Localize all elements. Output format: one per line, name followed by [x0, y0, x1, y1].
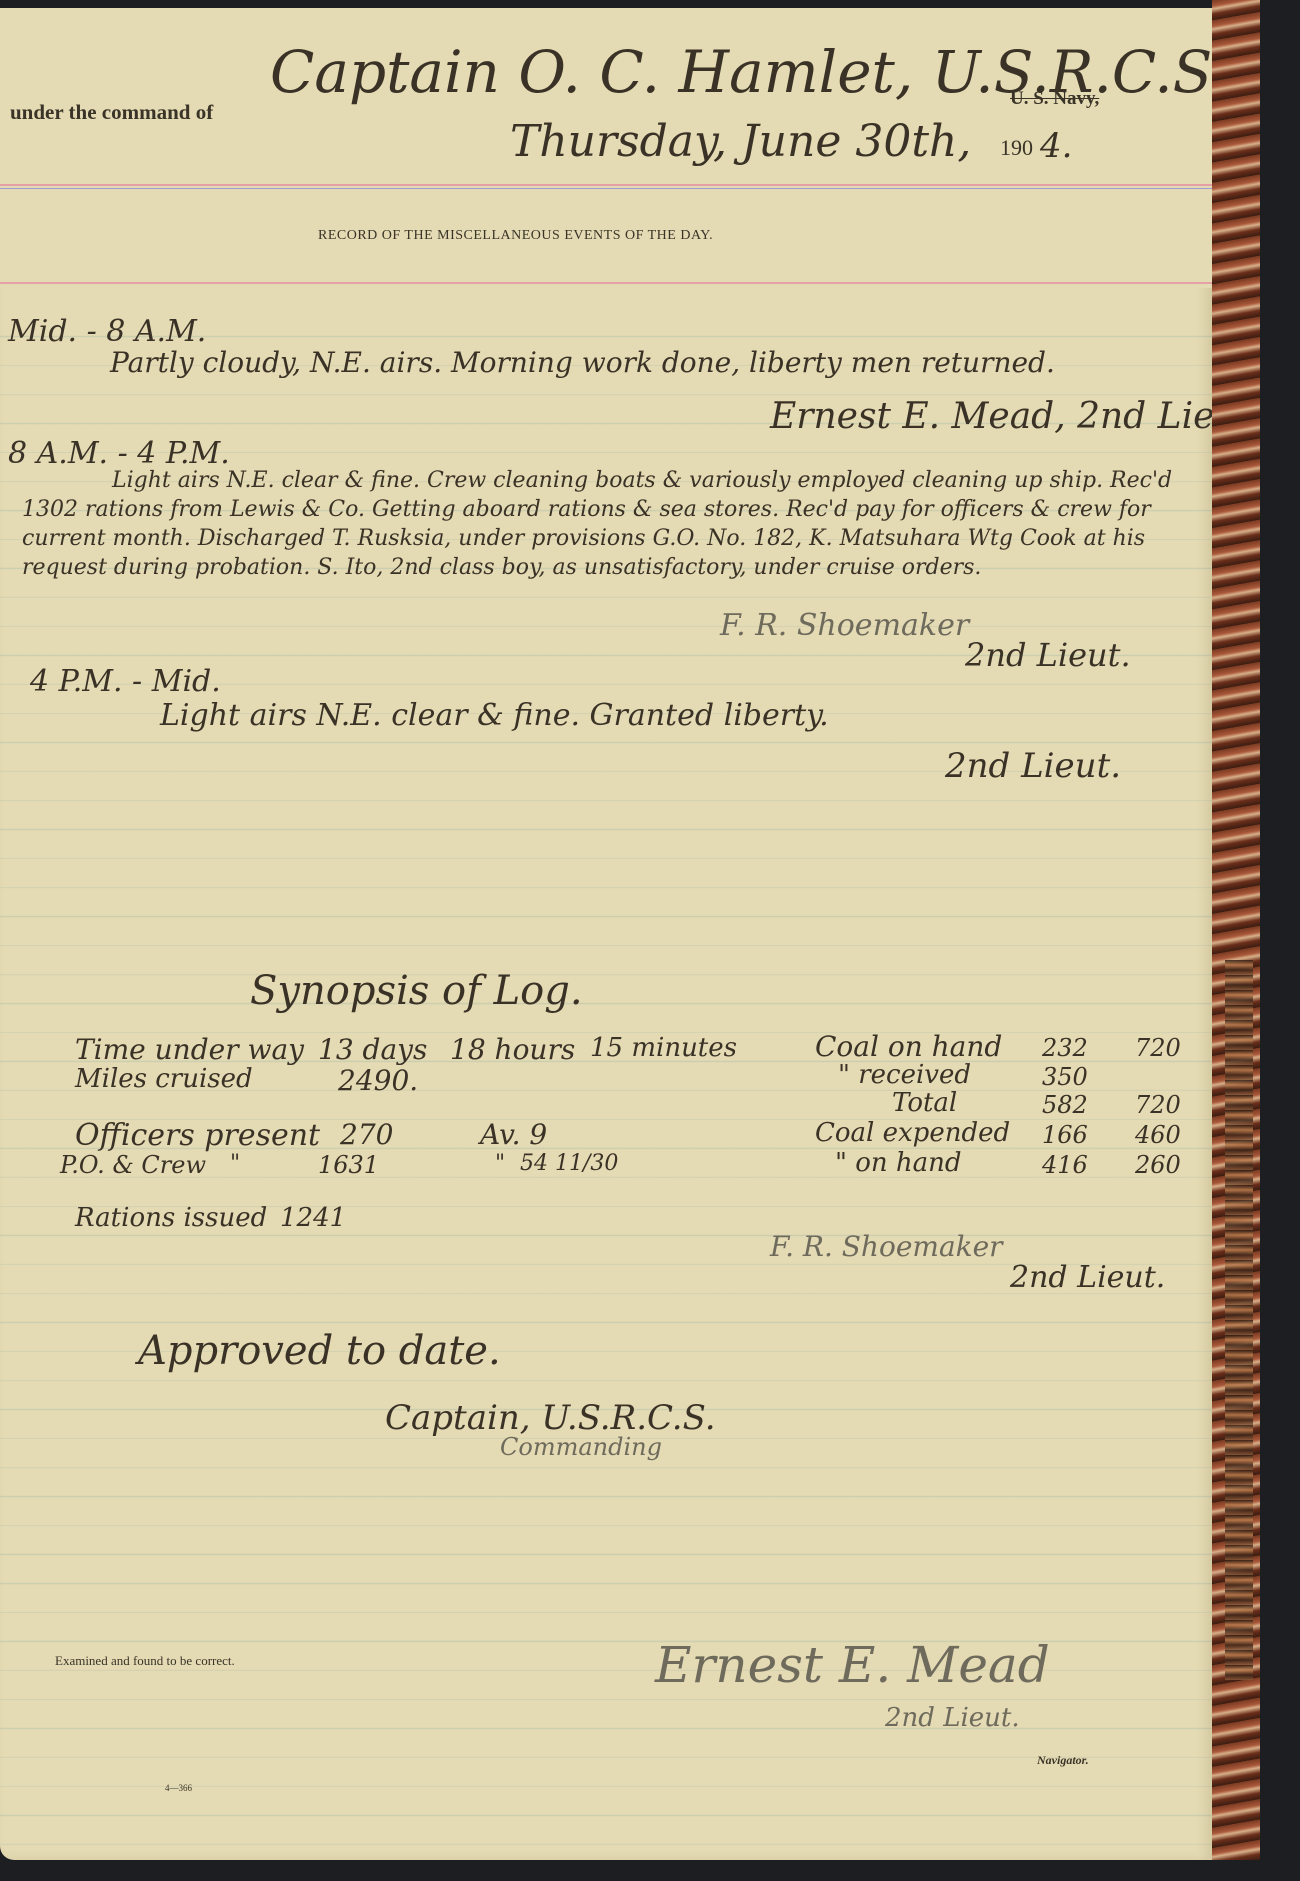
navigator-label: Navigator.	[1037, 1753, 1089, 1768]
coal-label-remaining: " on hand	[835, 1148, 962, 1178]
synopsis-label-officers: Officers present	[75, 1118, 320, 1153]
command-prefix: under the command of	[10, 100, 213, 125]
synopsis-crew-avg-ditto: "	[495, 1151, 505, 1176]
coal-label-received: " received	[838, 1060, 971, 1090]
watch-text-3: Light airs N.E. clear & fine. Granted li…	[160, 698, 829, 733]
synopsis-officers-value: 270	[340, 1118, 393, 1151]
coal-tons-received: 350	[1042, 1063, 1088, 1091]
coal-lbs-total: 720	[1135, 1091, 1181, 1119]
watch-signature-2: F. R. Shoemaker	[720, 608, 969, 643]
watch-signature-1: Ernest E. Mead, 2nd Lieut.	[770, 396, 1264, 437]
synopsis-signature: F. R. Shoemaker	[770, 1230, 1003, 1263]
synopsis-time-days: 13 days	[318, 1033, 427, 1066]
synopsis-label-time: Time under way	[75, 1033, 304, 1066]
header-rule-blue	[0, 188, 1212, 189]
binding-marbled-edge	[1225, 960, 1253, 1680]
synopsis-title: Synopsis of Log.	[250, 968, 583, 1014]
synopsis-time-hours: 18 hours	[450, 1033, 575, 1066]
coal-tons-on-hand: 232	[1042, 1034, 1088, 1062]
navigator-signature: Ernest E. Mead	[655, 1636, 1050, 1694]
coal-lbs-expended: 460	[1135, 1121, 1181, 1149]
coal-label-on-hand: Coal on hand	[815, 1030, 1002, 1063]
synopsis-rations-value: 1241	[280, 1203, 346, 1233]
examined-text: Examined and found to be correct.	[55, 1653, 235, 1669]
synopsis-label-miles: Miles cruised	[75, 1064, 253, 1094]
coal-lbs-remaining: 260	[1135, 1151, 1181, 1179]
year-handwritten: 4.	[1040, 126, 1072, 166]
section-rule	[0, 282, 1212, 284]
synopsis-time-minutes: 15 minutes	[590, 1033, 737, 1063]
watch-signature-title-3: 2nd Lieut.	[945, 746, 1121, 786]
coal-tons-remaining: 416	[1042, 1151, 1088, 1179]
watch-period-1: Mid. - 8 A.M.	[8, 314, 206, 349]
coal-tons-expended: 166	[1042, 1121, 1088, 1149]
watch-text-2: Light airs N.E. clear & fine. Crew clean…	[22, 466, 1197, 582]
approval-signature-sub: Commanding	[500, 1433, 662, 1461]
watch-signature-title-2: 2nd Lieut.	[965, 636, 1131, 674]
synopsis-miles-value: 2490.	[338, 1064, 418, 1097]
logbook-page: under the command of Captain O. C. Hamle…	[0, 8, 1212, 1860]
synopsis-label-rations: Rations issued	[75, 1203, 267, 1233]
watch-text-1: Partly cloudy, N.E. airs. Morning work d…	[110, 346, 1055, 379]
synopsis-crew-avg: 54 11/30	[520, 1151, 618, 1176]
synopsis-crew-ditto: "	[230, 1151, 240, 1176]
header-rule	[0, 184, 1212, 186]
synopsis-crew-value: 1631	[318, 1151, 379, 1179]
synopsis-label-crew: P.O. & Crew	[60, 1151, 206, 1179]
date-handwritten: Thursday, June 30th,	[510, 116, 971, 167]
struck-us-navy: U. S. Navy,	[1010, 88, 1099, 110]
synopsis-officers-avg: Av. 9	[480, 1118, 547, 1151]
section-title: RECORD OF THE MISCELLANEOUS EVENTS OF TH…	[318, 228, 713, 244]
coal-lbs-on-hand: 720	[1135, 1034, 1181, 1062]
year-printed: 190	[1000, 135, 1033, 161]
approval-text: Approved to date.	[138, 1328, 501, 1374]
navigator-rank: 2nd Lieut.	[885, 1703, 1020, 1733]
coal-label-expended: Coal expended	[815, 1118, 1010, 1148]
synopsis-signature-title: 2nd Lieut.	[1010, 1260, 1165, 1295]
coal-label-total: Total	[892, 1088, 957, 1118]
form-number: 4—366	[165, 1783, 192, 1793]
watch-period-3: 4 P.M. - Mid.	[30, 664, 221, 699]
coal-tons-total: 582	[1042, 1091, 1088, 1119]
approval-signature: Captain, U.S.R.C.S.	[385, 1398, 716, 1438]
